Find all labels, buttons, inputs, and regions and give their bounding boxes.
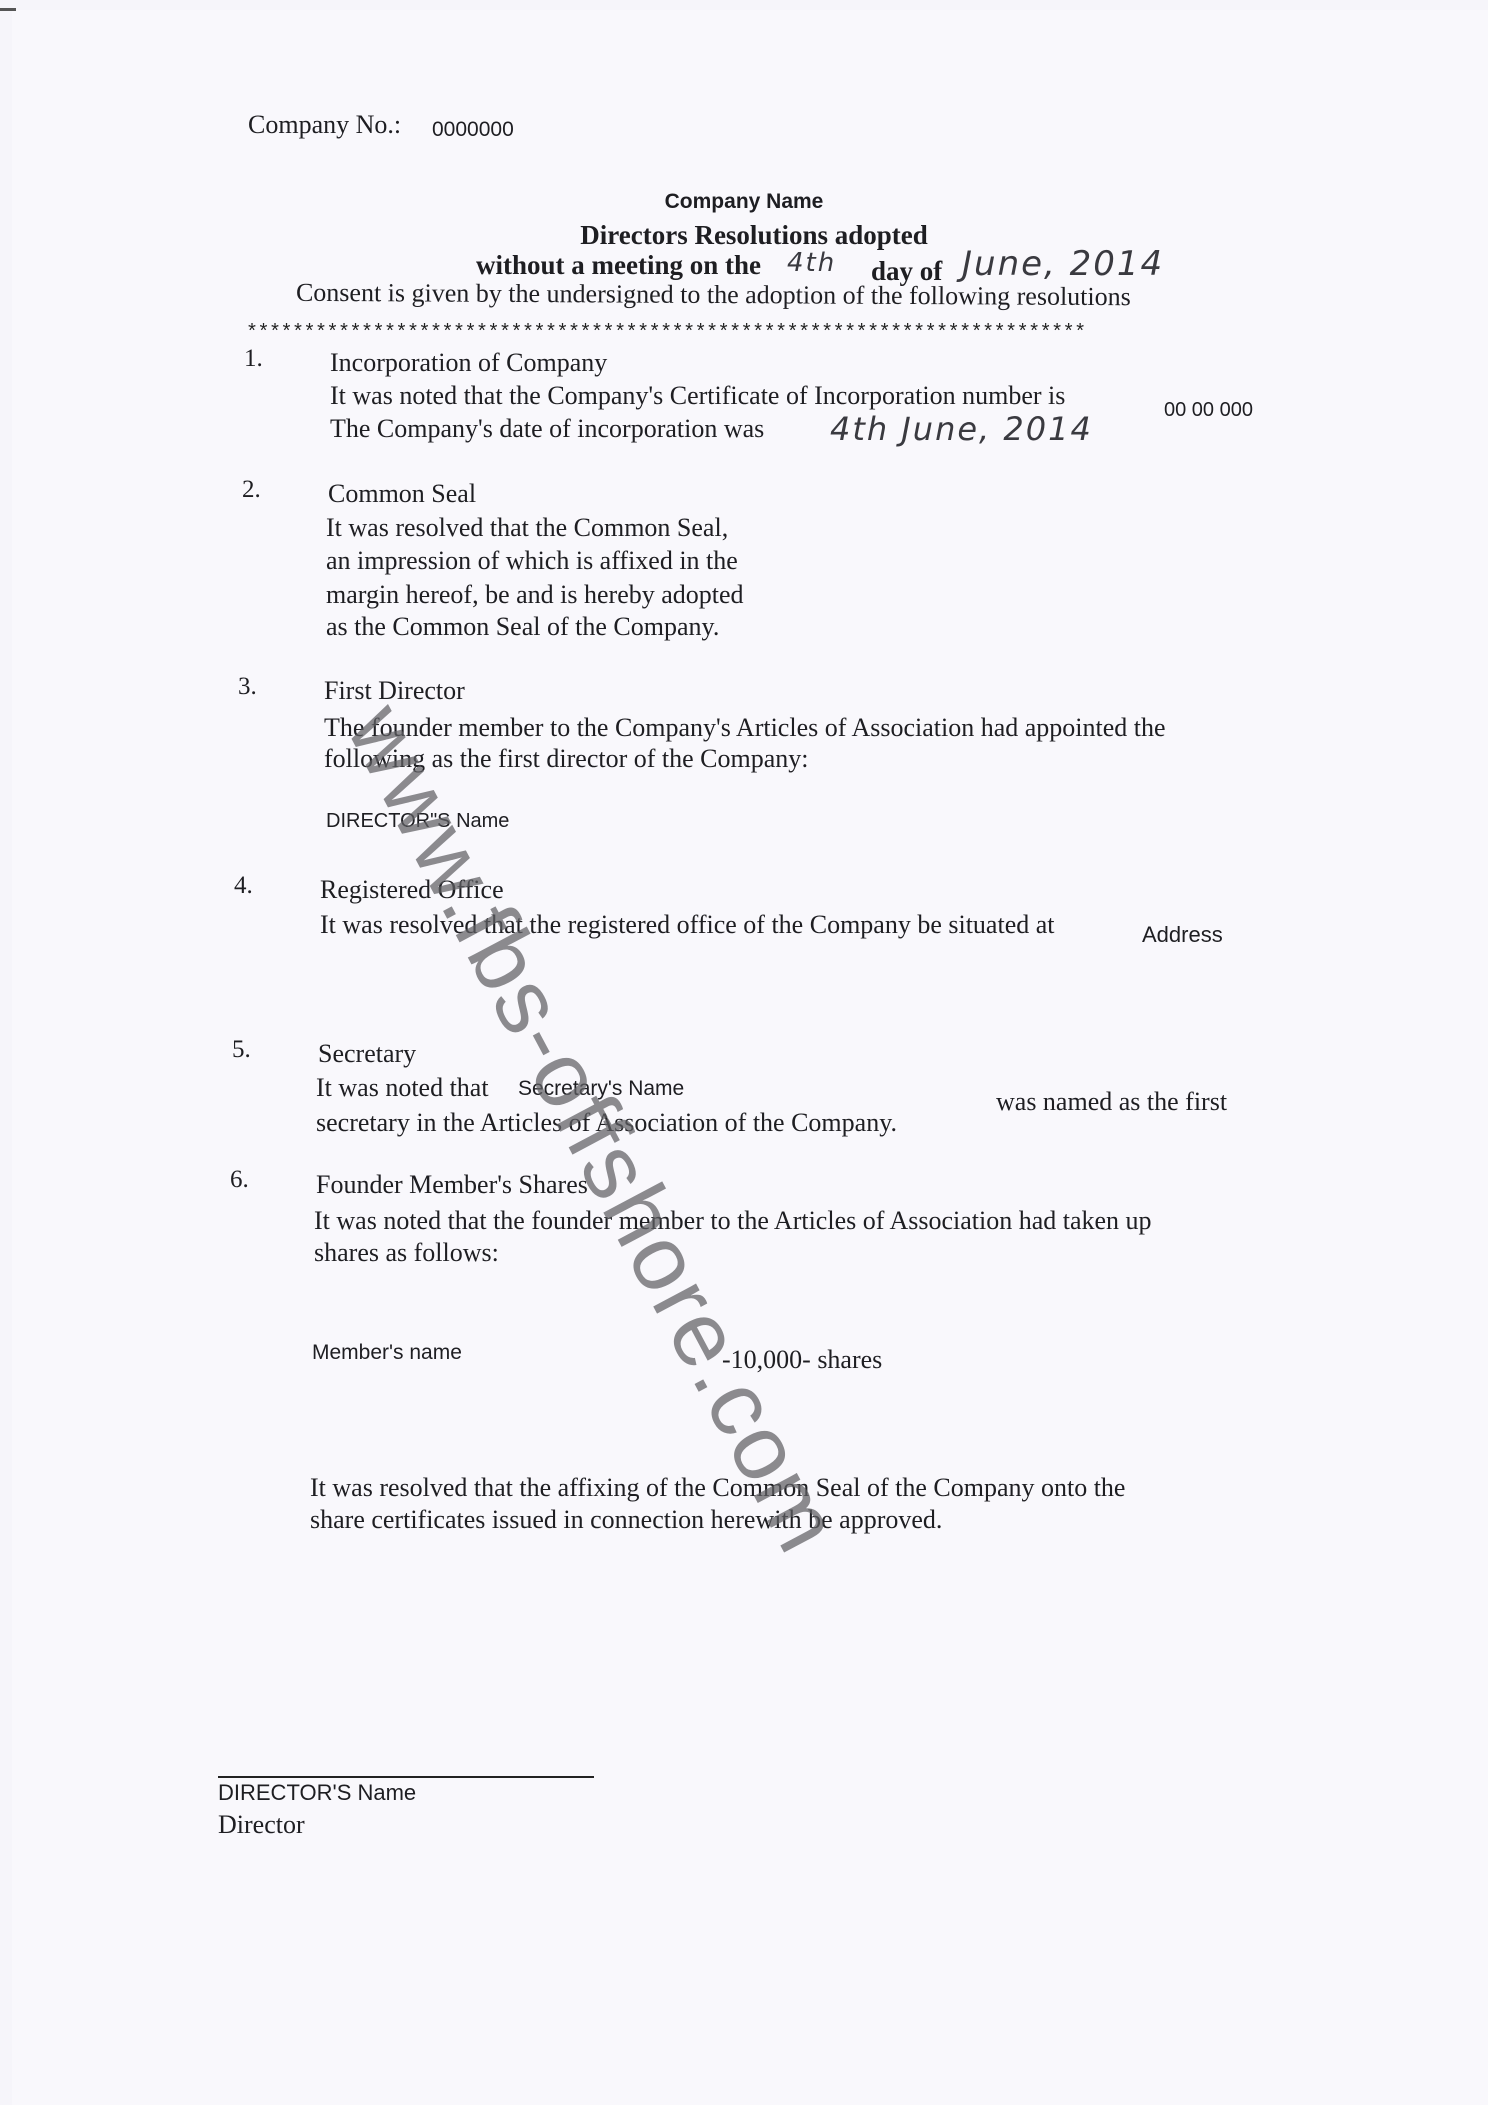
resolution-5-prefix: It was noted that	[316, 1073, 489, 1103]
resolution-3-line1: The founder member to the Company's Arti…	[324, 713, 1166, 743]
resolution-1-heading: Incorporation of Company	[330, 348, 607, 378]
company-number-label: Company No.:	[248, 110, 401, 140]
scan-edge-mark	[0, 8, 16, 11]
company-name: Company Name	[0, 190, 1488, 214]
resolution-6-number: 6.	[230, 1166, 249, 1194]
resolution-1-line2: The Company's date of incorporation was	[330, 414, 764, 444]
company-number-value: 0000000	[432, 118, 514, 142]
resolution-3-line2: following as the first director of the C…	[324, 744, 809, 774]
resolution-2-heading: Common Seal	[328, 479, 476, 509]
resolution-1-line1: It was noted that the Company's Certific…	[330, 381, 1065, 411]
resolution-3-number: 3.	[238, 673, 257, 701]
resolution-4-heading: Registered Office	[320, 875, 504, 905]
resolution-5-heading: Secretary	[318, 1039, 416, 1069]
resolution-2-number: 2.	[242, 476, 261, 504]
registered-address: Address	[1142, 922, 1223, 948]
resolution-4-number: 4.	[234, 872, 253, 900]
handwritten-month-year: June, 2014	[962, 244, 1164, 284]
resolution-2-line: margin hereof, be and is hereby adopted	[326, 580, 744, 610]
document-title: Directors Resolutions adopted	[0, 220, 1488, 251]
resolution-1-number: 1.	[244, 345, 263, 373]
resolution-2-line: an impression of which is affixed in the	[326, 546, 738, 576]
resolution-5-line2: secretary in the Articles of Association…	[316, 1108, 897, 1138]
signatory-role: Director	[218, 1810, 305, 1840]
resolution-5-number: 5.	[232, 1036, 251, 1064]
resolution-6-heading: Founder Member's Shares	[316, 1170, 588, 1200]
signature-line	[218, 1776, 594, 1778]
resolution-6-line1: It was noted that the founder member to …	[314, 1206, 1152, 1236]
resolution-4-line1: It was resolved that the registered offi…	[320, 910, 1055, 940]
resolution-2-line: as the Common Seal of the Company.	[326, 612, 719, 642]
resolution-2-line: It was resolved that the Common Seal,	[326, 513, 728, 543]
certificate-number: 00 00 000	[1164, 399, 1253, 422]
member-name: Member's name	[312, 1341, 462, 1365]
title-line2-prefix: without a meeting on the	[476, 250, 761, 281]
resolution-3-heading: First Director	[324, 676, 465, 706]
member-shares: -10,000- shares	[722, 1345, 882, 1375]
resolution-5-suffix: was named as the first	[996, 1087, 1227, 1117]
handwritten-incorporation-date: 4th June, 2014	[830, 410, 1093, 448]
resolution-6-line2: shares as follows:	[314, 1238, 499, 1268]
resolution-6-resolved-line1: It was resolved that the affixing of the…	[310, 1473, 1125, 1503]
first-director-name: DIRECTOR"S Name	[326, 810, 509, 833]
resolution-6-resolved-line2: share certificates issued in connection …	[310, 1505, 942, 1535]
handwritten-day: 4th	[787, 248, 836, 278]
secretary-name: Secretary's Name	[518, 1077, 684, 1101]
consent-line: Consent is given by the undersigned to t…	[296, 278, 1131, 312]
signatory-name: DIRECTOR'S Name	[218, 1780, 416, 1806]
asterisk-separator: ****************************************…	[246, 322, 1262, 345]
